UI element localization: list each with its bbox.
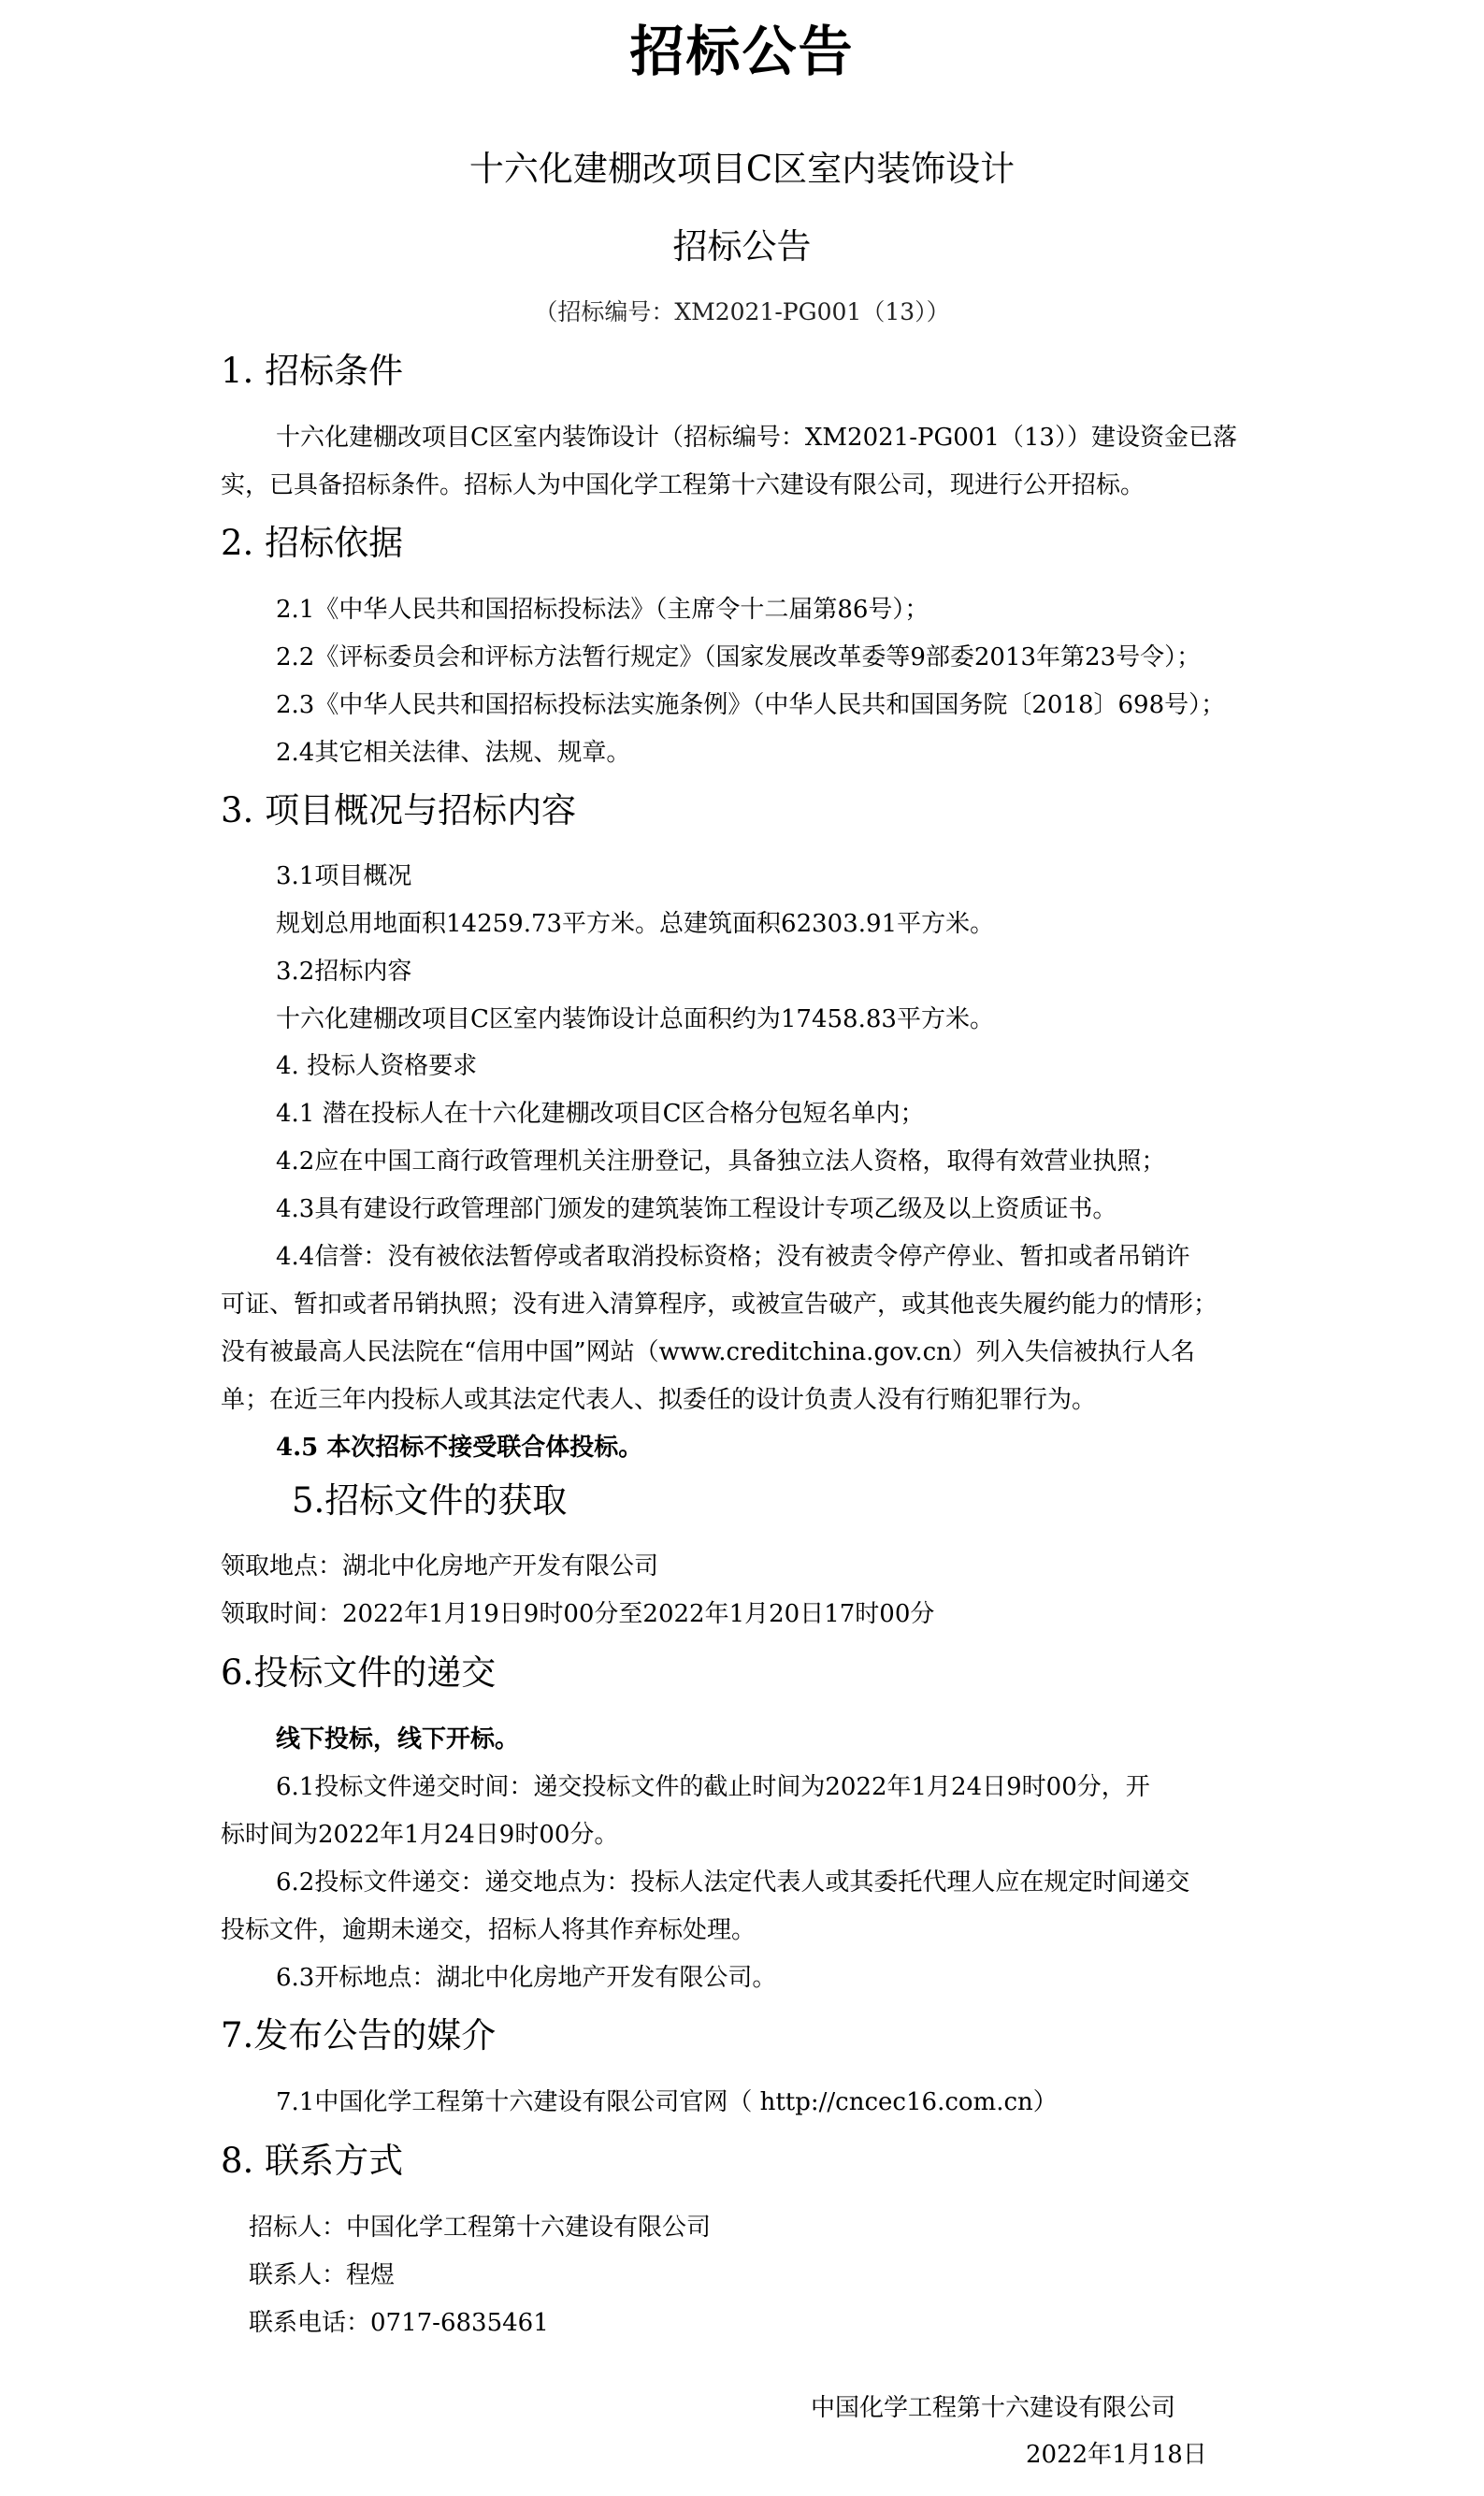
submission-item-6-2-line-2: 投标文件，逾期未递交，招标人将其作弃标处理。 [221,1911,756,1945]
footer-date: 2022年1月18日 [1026,2435,1207,2470]
section-1-text-line-2: 实，已具备招标条件。招标人为中国化学工程第十六建设有限公司，现进行公开招标。 [221,466,1145,500]
footer-company: 中国化学工程第十六建设有限公司 [811,2388,1175,2423]
content-label: 3.2招标内容 [276,952,411,987]
section-heading-6: 6.投标文件的递交 [221,1644,496,1695]
qualification-item-4-4-line-4: 单；在近三年内投标人或其法定代表人、拟委任的设计负责人没有行贿犯罪行为。 [221,1380,1096,1415]
basis-item-2-3: 2.3《中华人民共和国招标投标法实施条例》（中华人民共和国国务院〔2018〕69… [276,685,1225,720]
document-subtitle: 招标公告 [0,218,1484,268]
pickup-location: 领取地点：湖北中化房地产开发有限公司 [221,1547,658,1581]
section-1-text-line-1: 十六化建棚改项目C区室内装饰设计（招标编号：XM2021-PG001（13））建… [276,418,1237,453]
basis-item-2-2: 2.2《评标委员会和评标方法暂行规定》（国家发展改革委等9部委2013年第23号… [276,638,1201,672]
contact-tenderer: 招标人：中国化学工程第十六建设有限公司 [249,2208,711,2243]
section-heading-2: 2. 招标依据 [221,514,403,565]
section-heading-4: 4. 投标人资格要求 [276,1046,477,1081]
qualification-item-4-4-line-1: 4.4信誉：没有被依法暂停或者取消投标资格；没有被责令停产停业、暂扣或者吊销许 [276,1237,1189,1272]
qualification-item-4-2: 4.2应在中国工商行政管理机关注册登记，具备独立法人资格，取得有效营业执照； [276,1142,1165,1176]
submission-mode: 线下投标，线下开标。 [276,1720,519,1754]
submission-item-6-1-line-2: 标时间为2022年1月24日9时00分。 [221,1815,618,1850]
qualification-item-4-1: 4.1 潜在投标人在十六化建棚改项目C区合格分包短名单内； [276,1094,925,1129]
media-item-7-1: 7.1中国化学工程第十六建设有限公司官网（ http://cncec16.com… [276,2083,1058,2117]
overview-label: 3.1项目概况 [276,857,411,891]
qualification-item-4-3: 4.3具有建设行政管理部门颁发的建筑装饰工程设计专项乙级及以上资质证书。 [276,1190,1117,1224]
project-name: 十六化建棚改项目C区室内装饰设计 [0,140,1484,191]
submission-item-6-2-line-1: 6.2投标文件递交：递交地点为：投标人法定代表人或其委托代理人应在规定时间递交 [276,1863,1189,1897]
contact-person: 联系人：程煜 [249,2256,395,2290]
section-heading-8: 8. 联系方式 [221,2132,403,2183]
basis-item-2-1: 2.1《中华人民共和国招标投标法》（主席令十二届第86号）； [276,590,929,625]
reference-number: （招标编号：XM2021-PG001（13）） [0,294,1484,327]
qualification-item-4-4-line-2: 可证、暂扣或者吊销执照；没有进入清算程序，或被宣告破产，或其他丧失履约能力的情形… [221,1285,1217,1320]
basis-item-2-4: 2.4其它相关法律、法规、规章。 [276,733,630,768]
overview-text: 规划总用地面积14259.73平方米。总建筑面积62303.91平方米。 [276,904,994,939]
section-heading-5: 5.招标文件的获取 [292,1472,567,1522]
content-text: 十六化建棚改项目C区室内装饰设计总面积约为17458.83平方米。 [276,1000,994,1034]
section-heading-3: 3. 项目概况与招标内容 [221,782,576,832]
document-title: 招标公告 [0,7,1484,86]
submission-item-6-3: 6.3开标地点：湖北中化房地产开发有限公司。 [276,1958,776,1993]
pickup-time: 领取时间：2022年1月19日9时00分至2022年1月20日17时00分 [221,1594,934,1629]
contact-phone: 联系电话：0717-6835461 [249,2303,549,2338]
submission-item-6-1-line-1: 6.1投标文件递交时间：递交投标文件的截止时间为2022年1月24日9时00分，… [276,1767,1150,1802]
section-heading-1: 1. 招标条件 [221,342,403,393]
qualification-item-4-4-line-3: 没有被最高人民法院在“信用中国”网站（www.creditchina.gov.c… [221,1333,1195,1367]
qualification-item-4-5: 4.5 本次招标不接受联合体投标。 [276,1428,642,1463]
section-heading-7: 7.发布公告的媒介 [221,2007,496,2057]
